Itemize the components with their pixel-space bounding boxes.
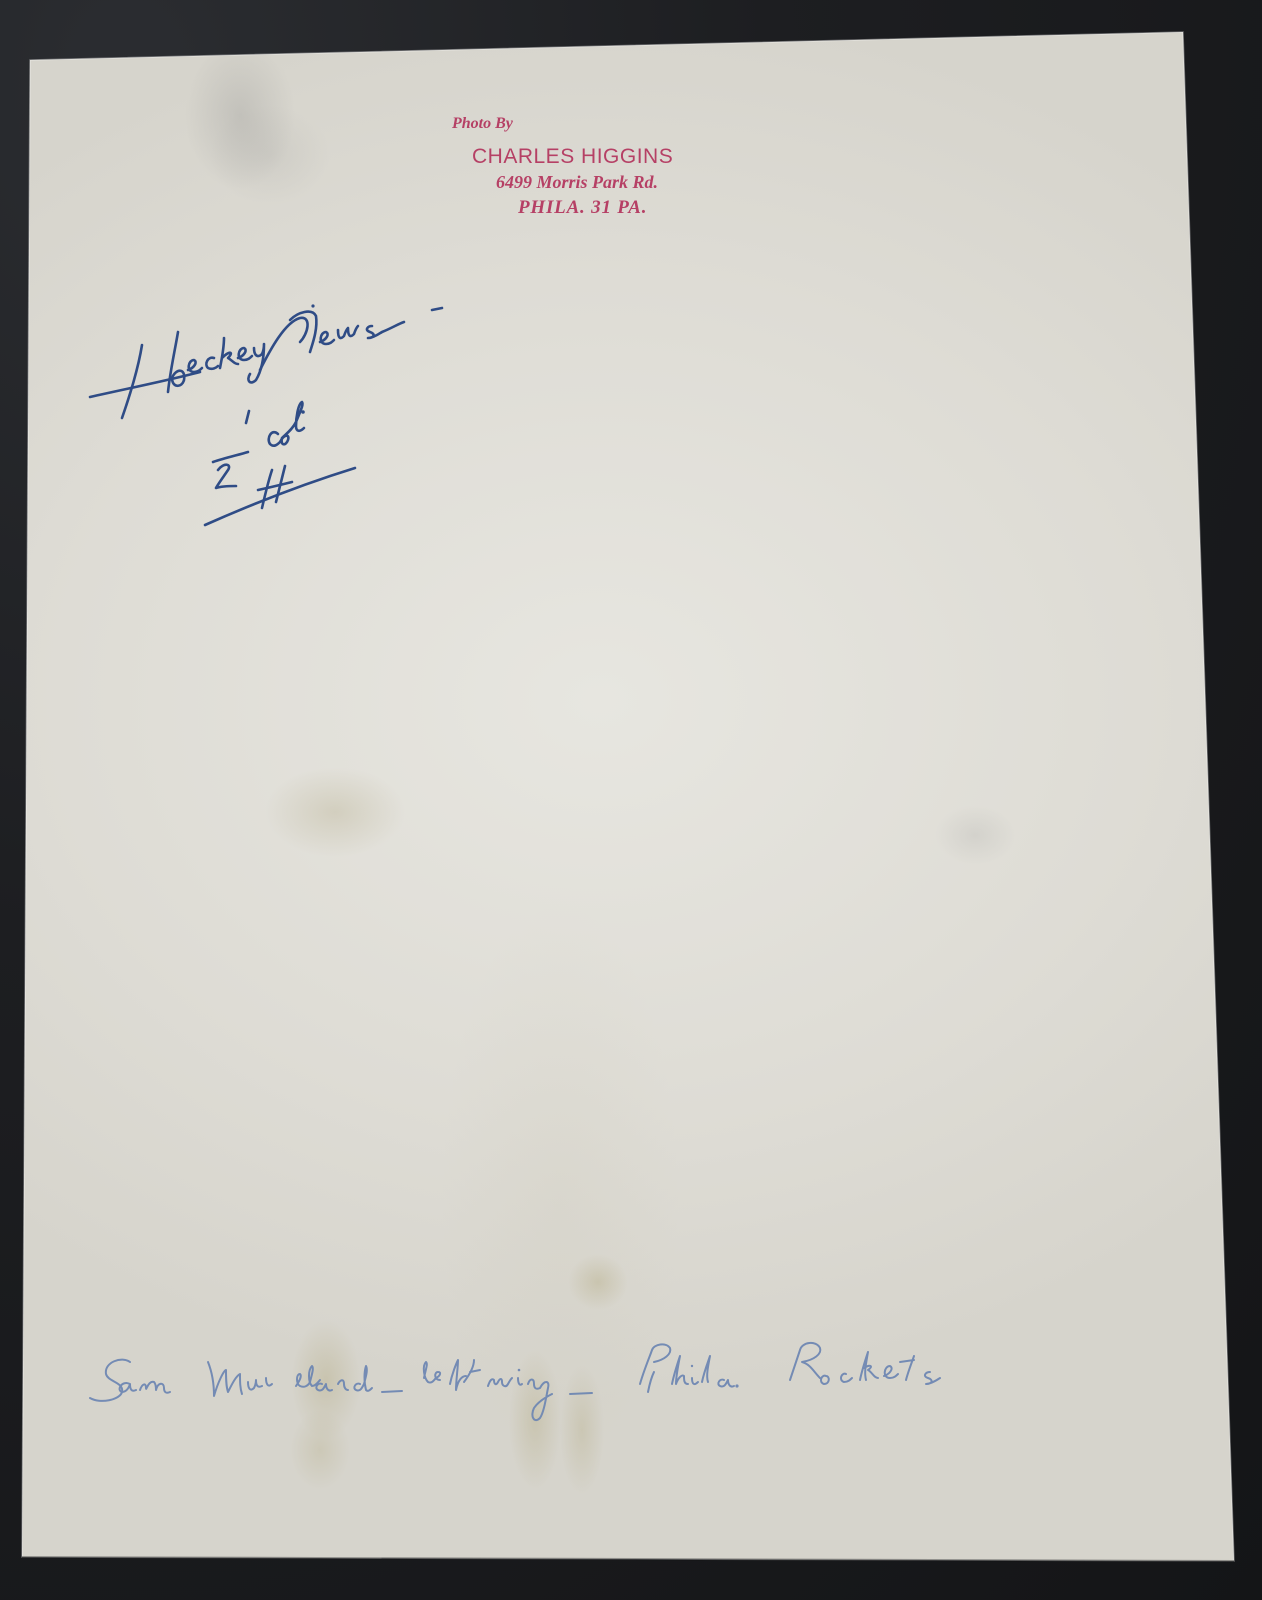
stamp-city: PHILA. 31 PA. (518, 197, 647, 219)
stamp-photo-by: Photo By (452, 115, 513, 133)
stamp-street-address: 6499 Morris Park Rd. (496, 172, 658, 193)
photo-back-sheet (0, 0, 1262, 1600)
stamp-photographer-name: CHARLES HIGGINS (472, 145, 673, 169)
